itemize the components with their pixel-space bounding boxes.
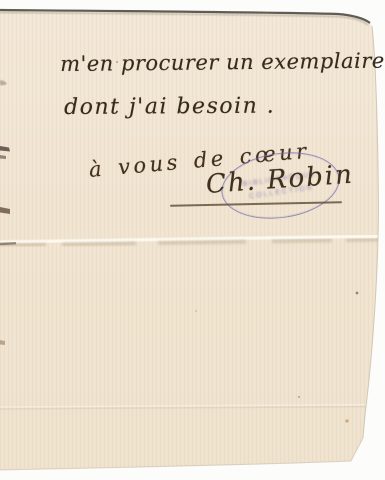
scanned-letter-page: BIBLIOTHÈQUE • COLLECTION m'en procurer … [0, 0, 385, 480]
handwriting-line-2: dont j'ai besoin . [64, 94, 275, 120]
handwriting-line-1: m'en procurer un exemplaire [60, 49, 385, 76]
